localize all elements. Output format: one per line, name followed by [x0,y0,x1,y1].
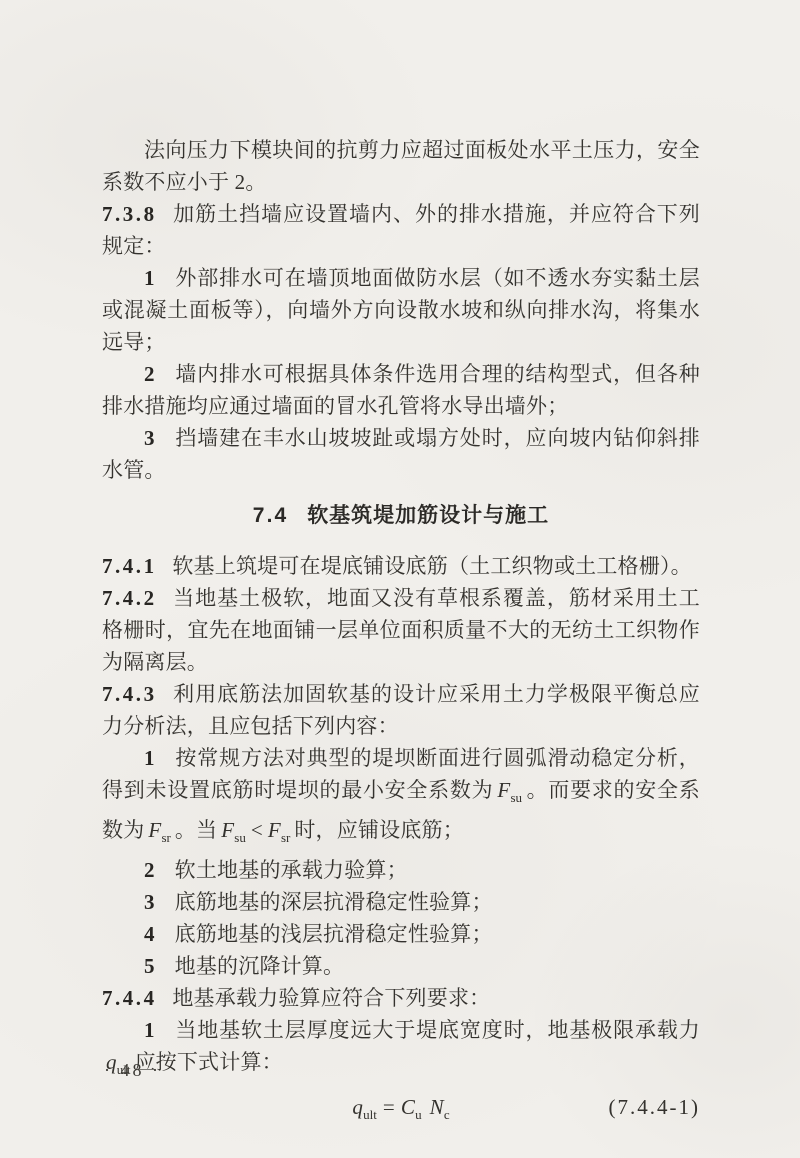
clause-text: 利用底筋法加固软基的设计应采用土力学极限平衡总应力分析法，且应包括下列内容： [102,682,700,738]
clause-text: 软基上筑堤可在堤底铺设底筋（土工织物或土工格栅）。 [172,554,692,578]
section-heading-7.4: 7.4软基筑堤加筋设计与施工 [102,500,700,532]
math-N-c: Nc [430,1095,450,1119]
clause-7.4.3-item-1: 1按常规方法对典型的堤坝断面进行圆弧滑动稳定分析，得到未设置底筋时堤坝的最小安全… [102,742,700,854]
item-number: 1 [144,266,155,290]
math-var: q [352,1095,363,1119]
math-F-sr: Fsr [268,818,290,842]
clause-7.4.4-item-1: 1当地基软土层厚度远大于堤底宽度时，地基极限承载力qult应按下式计算： [102,1014,700,1086]
clause-7.4.3-item-5: 5地基的沉降计算。 [102,950,700,982]
item-number: 4 [144,922,155,946]
equation-7.4.4-1: qult=CuNc (7.4.4-1) [102,1091,700,1123]
item-text: 挡墙建在丰水山坡坡趾或塌方处时，应向坡内钻仰斜排水管。 [102,426,700,482]
item-text: 。当 [175,818,217,842]
item-text: 软土地基的承载力验算； [175,858,408,882]
math-subscript: su [510,790,522,805]
math-var: F [221,818,234,842]
clause-7.3.8-item-2: 2墙内排水可根据具体条件选用合理的结构型式，但各种排水措施均应通过墙面的冒水孔管… [102,358,700,422]
clause-7.3.8-item-1: 1外部排水可在墙顶地面做防水层（如不透水夯实黏土层或混凝土面板等），向墙外方向设… [102,262,700,358]
clause-7.3.8: 7.3.8加筋土挡墙应设置墙内、外的排水措施，并应符合下列规定： [102,198,700,262]
math-var: F [268,818,281,842]
math-equals: = [383,1095,395,1119]
item-text: 底筋地基的深层抗滑稳定性验算； [175,890,493,914]
math-var: N [430,1095,444,1119]
equation-number: (7.4.4-1) [609,1091,700,1123]
item-text: 外部排水可在墙顶地面做防水层（如不透水夯实黏土层或混凝土面板等），向墙外方向设散… [102,266,700,354]
item-text: 当地基软土层厚度远大于堤底宽度时，地基极限承载力 [175,1018,700,1042]
math-var: F [148,818,161,842]
clause-7.4.3-item-3: 3底筋地基的深层抗滑稳定性验算； [102,886,700,918]
math-subscript: ult [363,1107,377,1122]
item-text: 底筋地基的浅层抗滑稳定性验算； [175,922,493,946]
math-subscript: c [444,1107,450,1122]
math-var: C [401,1095,415,1119]
item-number: 2 [144,858,155,882]
math-q-ult: qult [352,1095,376,1119]
clause-number: 7.4.1 [102,554,157,578]
scanned-document-page: 法向压力下模块间的抗剪力应超过面板处水平土压力，安全系数不应小于 2。 7.3.… [0,0,800,1158]
math-C-u: Cu [401,1095,422,1119]
math-F-sr: Fsr [148,818,170,842]
item-number: 3 [144,426,155,450]
clause-7.4.4: 7.4.4地基承载力验算应符合下列要求： [102,982,700,1014]
item-text: 地基的沉降计算。 [175,954,345,978]
math-subscript: sr [161,830,170,845]
clause-text: 当地基土极软，地面又没有草根系覆盖，筋材采用土工格栅时，宜先在地面铺一层单位面积… [102,586,700,674]
item-text: 墙内排水可根据具体条件选用合理的结构型式，但各种排水措施均应通过墙面的冒水孔管将… [102,362,700,418]
item-number: 5 [144,954,155,978]
item-number: 1 [144,746,155,770]
item-number: 1 [144,1018,155,1042]
math-less-than: < [251,818,263,842]
item-number: 3 [144,890,155,914]
item-number: 2 [144,362,155,386]
clause-7.4.3-item-4: 4底筋地基的浅层抗滑稳定性验算； [102,918,700,950]
math-var: F [497,778,510,802]
clause-text: 加筋土挡墙应设置墙内、外的排水措施，并应符合下列规定： [102,202,700,258]
clause-text: 地基承载力验算应符合下列要求： [172,986,490,1010]
clause-number: 7.4.4 [102,986,157,1010]
math-F-su: Fsu [497,778,522,802]
text-block: 法向压力下模块间的抗剪力应超过面板处水平土压力，安全系数不应小于 2。 7.3.… [102,134,700,1123]
math-F-su: Fsu [221,818,246,842]
math-subscript: u [415,1107,422,1122]
item-text: 时，应铺设底筋； [294,818,464,842]
section-number: 7.4 [253,504,289,527]
math-subscript: sr [281,830,290,845]
clause-number: 7.3.8 [102,202,157,226]
page-number: · 48 · [104,1060,161,1081]
clause-7.4.3-item-2: 2软土地基的承载力验算； [102,854,700,886]
clause-7.4.2: 7.4.2当地基土极软，地面又没有草根系覆盖，筋材采用土工格栅时，宜先在地面铺一… [102,582,700,678]
clause-number: 7.4.3 [102,682,157,706]
clause-number: 7.4.2 [102,586,157,610]
math-subscript: su [234,830,246,845]
paragraph-shear-requirement: 法向压力下模块间的抗剪力应超过面板处水平土压力，安全系数不应小于 2。 [102,134,700,198]
clause-7.3.8-item-3: 3挡墙建在丰水山坡坡趾或塌方处时，应向坡内钻仰斜排水管。 [102,422,700,486]
section-title: 软基筑堤加筋设计与施工 [307,504,549,527]
clause-7.4.3: 7.4.3利用底筋法加固软基的设计应采用土力学极限平衡总应力分析法，且应包括下列… [102,678,700,742]
clause-7.4.1: 7.4.1软基上筑堤可在堤底铺设底筋（土工织物或土工格栅）。 [102,550,700,582]
